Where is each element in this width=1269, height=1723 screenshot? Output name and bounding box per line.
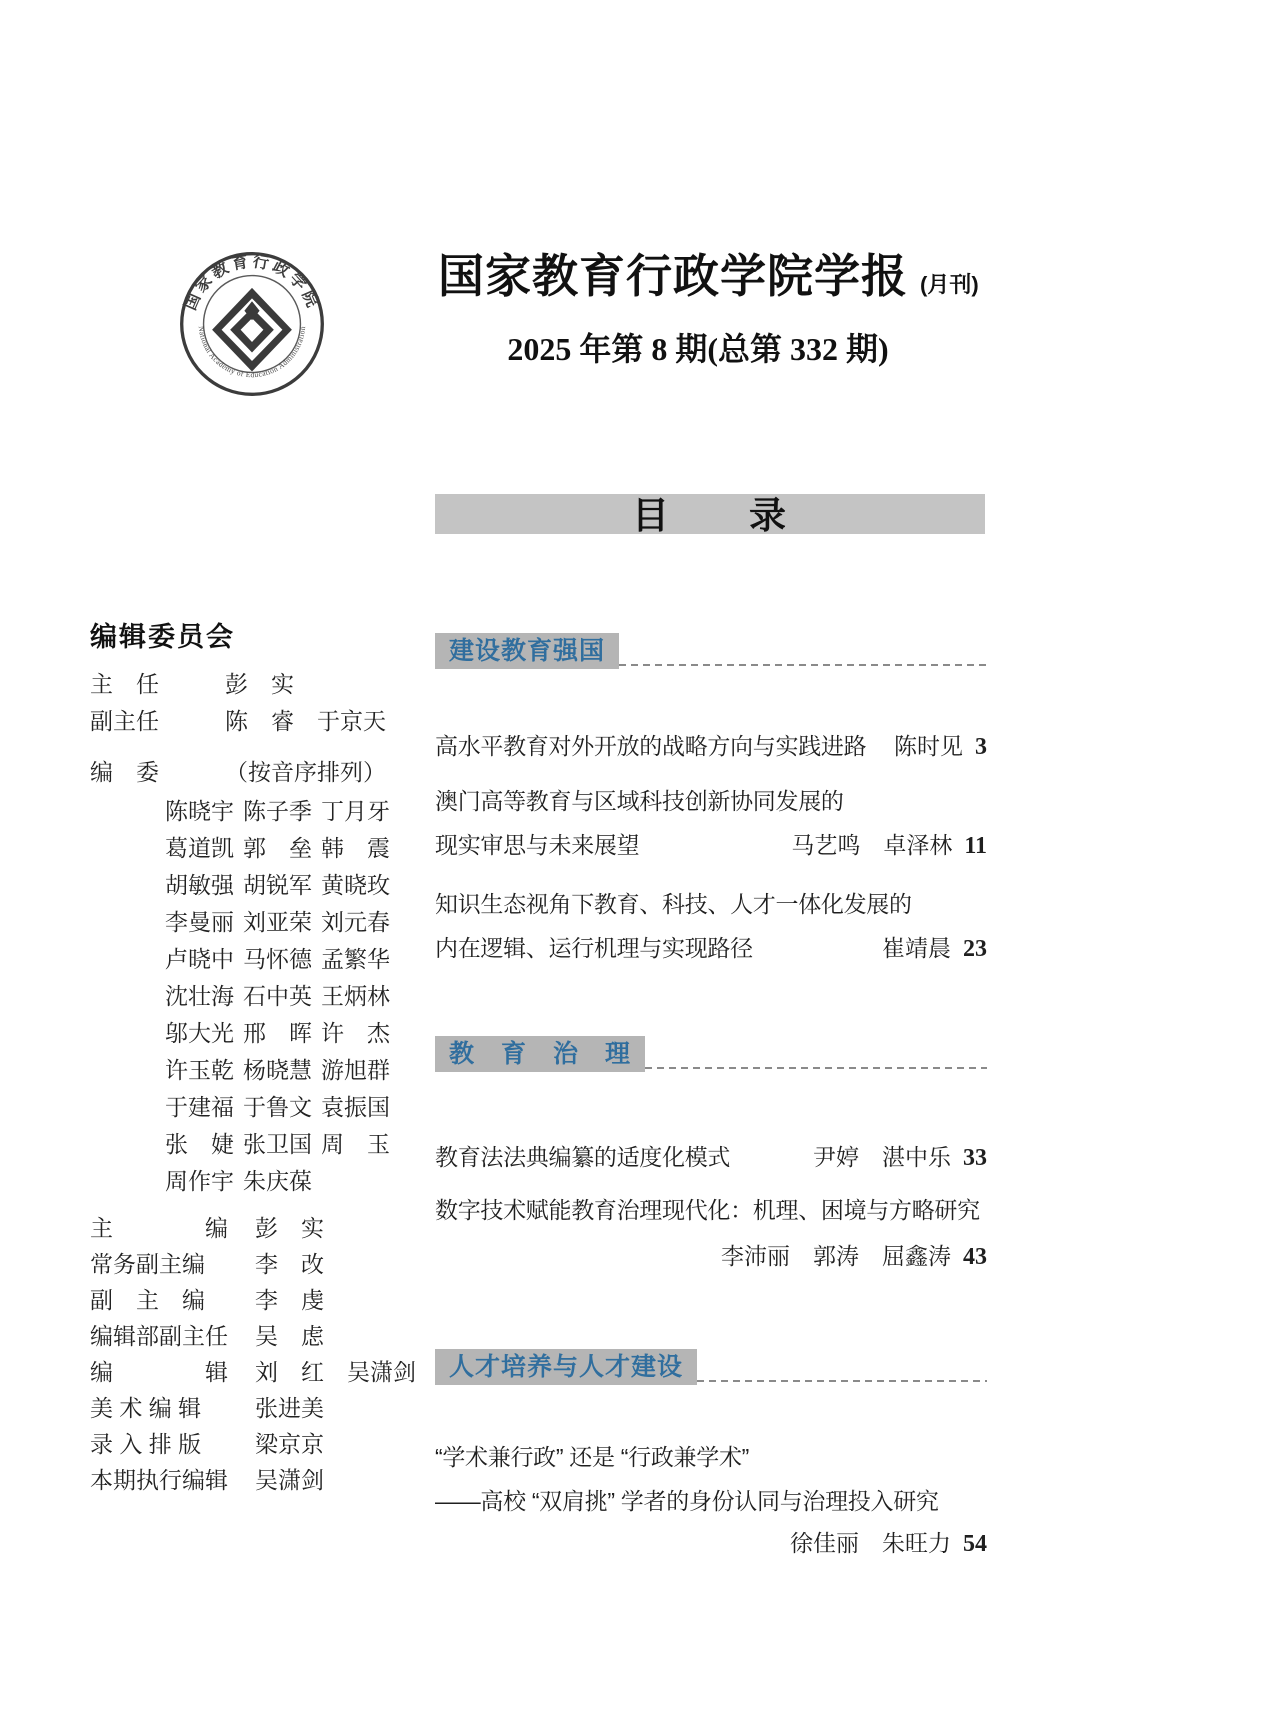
member-name: 朱庆葆 (243, 1163, 321, 1200)
staff-row-executive-deputy-editor: 常务副主编李 改 (90, 1246, 402, 1282)
board-role-names: 陈 睿 于京天 (225, 708, 386, 734)
article-page-number: 33 (963, 1145, 987, 1171)
staff-row-art-editor: 美 术 编 辑张进美 (90, 1390, 402, 1426)
section-header-education-governance: 教 育 治 理 (435, 1036, 987, 1072)
member-name: 陈晓宇 (165, 793, 243, 830)
member-name: 沈壮海 (165, 978, 243, 1015)
section-header-education-power: 建设教育强国 (435, 633, 987, 669)
editorial-board-heading: 编辑委员会 (90, 620, 402, 654)
toc-entry: “学术兼行政” 还是 “行政兼学术” (435, 1439, 987, 1475)
staff-role-names: 彭 实 (255, 1215, 324, 1241)
article-page-number: 3 (975, 734, 987, 760)
article-title: 教育法法典编纂的适度化模式 (435, 1139, 730, 1175)
member-name: 张 婕 (165, 1126, 243, 1163)
issue-line: 2025 年第 8 期(总第 332 期) (438, 324, 958, 370)
article-authors: 尹婷 湛中乐 (813, 1144, 951, 1170)
toc-title-bar: 目 录 (435, 494, 985, 534)
board-row-committee: 编 委（按音序排列） (90, 754, 402, 791)
journal-title: 国家教育行政学院学报 (438, 240, 908, 306)
staff-role-names: 吴 虑 (255, 1323, 324, 1349)
dashed-rule (697, 1380, 987, 1382)
toc-content: 建设教育强国 高水平教育对外开放的战略方向与实践进路 陈时见3 澳门高等教育与区… (435, 633, 987, 1562)
dashed-rule (645, 1067, 987, 1069)
article-authors-page: 马艺鸣 卓泽林11 (791, 827, 987, 864)
article-authors-page: 徐佳丽 朱旺力54 (790, 1525, 987, 1562)
member-name: 游旭群 (321, 1052, 399, 1089)
staff-role-label: 副 主 编 (90, 1282, 255, 1318)
member-name: 陈子季 (243, 793, 321, 830)
member-name: 黄晓玫 (321, 867, 399, 904)
member-name: 李曼丽 (165, 904, 243, 941)
journal-frequency: (月刊) (920, 268, 979, 299)
staff-role-names: 李 虔 (255, 1287, 324, 1313)
member-name: 刘元春 (321, 904, 399, 941)
member-name: 袁振国 (321, 1089, 399, 1126)
section-badge: 建设教育强国 (435, 633, 619, 669)
editorial-staff-list: 主 编彭 实 常务副主编李 改 副 主 编李 虔 编辑部副主任吴 虑 编 辑刘 … (90, 1210, 402, 1498)
article-authors-page: 尹婷 湛中乐33 (813, 1139, 987, 1176)
staff-row-typesetting: 录 入 排 版梁京京 (90, 1426, 402, 1462)
staff-row-editors: 编 辑刘 红 吴潇剑 (90, 1354, 402, 1390)
journal-title-row: 国家教育行政学院学报 (月刊) (438, 240, 988, 306)
board-role-label: 主 任 (90, 666, 225, 703)
section-badge: 教 育 治 理 (435, 1036, 645, 1072)
board-role-label: 编 委 (90, 754, 225, 791)
member-name (321, 1163, 399, 1200)
article-title: 现实审思与未来展望 (435, 827, 639, 863)
staff-row-deputy-editor: 副 主 编李 虔 (90, 1282, 402, 1318)
section-badge: 人才培养与人才建设 (435, 1349, 697, 1385)
member-name: 韩 震 (321, 830, 399, 867)
member-name: 马怀德 (243, 941, 321, 978)
staff-row-issue-executive-editor: 本期执行编辑吴潇剑 (90, 1462, 402, 1498)
article-page-number: 43 (963, 1244, 987, 1270)
member-name: 胡锐军 (243, 867, 321, 904)
toc-entry: 澳门高等教育与区域科技创新协同发展的 (435, 783, 987, 819)
staff-role-names: 吴潇剑 (255, 1467, 324, 1493)
editorial-board-panel: 编辑委员会 主 任彭 实 副主任陈 睿 于京天 编 委（按音序排列） 陈晓宇陈子… (90, 620, 402, 1498)
staff-role-label: 编辑部副主任 (90, 1318, 255, 1354)
article-authors: 马艺鸣 卓泽林 (791, 832, 952, 858)
member-name: 葛道凯 (165, 830, 243, 867)
section-header-talent-cultivation: 人才培养与人才建设 (435, 1349, 987, 1385)
member-name: 王炳林 (321, 978, 399, 1015)
member-name: 石中英 (243, 978, 321, 1015)
member-name: 许 杰 (321, 1015, 399, 1052)
article-title: ——高校 “双肩挑” 学者的身份认同与治理投入研究 (435, 1483, 939, 1519)
toc-entry: 高水平教育对外开放的战略方向与实践进路 陈时见3 (435, 728, 987, 765)
article-page-number: 54 (963, 1531, 987, 1557)
toc-entry: 数字技术赋能教育治理现代化：机理、困境与方略研究 (435, 1192, 987, 1228)
board-role-note: （按音序排列） (225, 759, 386, 785)
seal-diamond-mark (212, 288, 292, 372)
staff-role-label: 常务副主编 (90, 1246, 255, 1282)
board-row-director: 主 任彭 实 (90, 666, 402, 703)
member-name: 许玉乾 (165, 1052, 243, 1089)
staff-role-label: 主 编 (90, 1210, 255, 1246)
staff-role-label: 本期执行编辑 (90, 1462, 255, 1498)
staff-row-chief-editor: 主 编彭 实 (90, 1210, 402, 1246)
article-title: 内在逻辑、运行机理与实现路径 (435, 930, 753, 966)
member-name: 杨晓慧 (243, 1052, 321, 1089)
toc-entry: 现实审思与未来展望 马艺鸣 卓泽林11 (435, 827, 987, 864)
toc-entry: 李沛丽 郭涛 屈鑫涛43 (435, 1238, 987, 1275)
member-name: 邬大光 (165, 1015, 243, 1052)
toc-entry: 徐佳丽 朱旺力54 (435, 1525, 987, 1562)
board-role-names: 彭 实 (225, 671, 294, 697)
staff-role-names: 李 改 (255, 1251, 324, 1277)
article-authors: 李沛丽 郭涛 屈鑫涛 (721, 1243, 951, 1269)
staff-role-names: 梁京京 (255, 1431, 324, 1457)
article-title: 澳门高等教育与区域科技创新协同发展的 (435, 783, 844, 819)
article-title: 知识生态视角下教育、科技、人才一体化发展的 (435, 886, 912, 922)
toc-entry: 教育法法典编纂的适度化模式 尹婷 湛中乐33 (435, 1139, 987, 1176)
staff-row-dept-deputy-director: 编辑部副主任吴 虑 (90, 1318, 402, 1354)
article-authors-page: 陈时见3 (894, 728, 987, 765)
article-authors-page: 李沛丽 郭涛 屈鑫涛43 (721, 1238, 987, 1275)
article-title: 高水平教育对外开放的战略方向与实践进路 (435, 728, 866, 764)
member-name: 郭 垒 (243, 830, 321, 867)
staff-role-label: 美 术 编 辑 (90, 1390, 255, 1426)
member-name: 张卫国 (243, 1126, 321, 1163)
member-name: 于鲁文 (243, 1089, 321, 1126)
toc-entry: 知识生态视角下教育、科技、人才一体化发展的 (435, 886, 987, 922)
toc-entry: ——高校 “双肩挑” 学者的身份认同与治理投入研究 (435, 1483, 987, 1519)
staff-role-label: 录 入 排 版 (90, 1426, 255, 1462)
article-authors: 陈时见 (894, 733, 963, 759)
article-authors: 徐佳丽 朱旺力 (790, 1530, 951, 1556)
member-name: 周 玉 (321, 1126, 399, 1163)
journal-toc-page: 国家教育行政学院 National Academy of Education A… (0, 0, 1269, 1723)
toc-title: 目 录 (632, 495, 788, 536)
journal-seal: 国家教育行政学院 National Academy of Education A… (176, 248, 328, 400)
article-page-number: 11 (964, 833, 987, 859)
journal-header: 国家教育行政学院学报 (月刊) 2025 年第 8 期(总第 332 期) (438, 240, 988, 370)
article-authors: 崔靖晨 (882, 935, 951, 961)
member-name: 胡敏强 (165, 867, 243, 904)
board-role-label: 副主任 (90, 703, 225, 740)
article-authors-page: 崔靖晨23 (882, 930, 987, 967)
member-name: 刘亚荣 (243, 904, 321, 941)
board-row-deputy-director: 副主任陈 睿 于京天 (90, 703, 402, 740)
staff-role-label: 编 辑 (90, 1354, 255, 1390)
member-name: 丁月牙 (321, 793, 399, 830)
member-name: 于建福 (165, 1089, 243, 1126)
member-name: 卢晓中 (165, 941, 243, 978)
article-page-number: 23 (963, 936, 987, 962)
journal-logo: 国家教育行政学院 National Academy of Education A… (176, 248, 328, 400)
article-title: 数字技术赋能教育治理现代化：机理、困境与方略研究 (435, 1192, 980, 1228)
member-name: 邢 晖 (243, 1015, 321, 1052)
member-name: 孟繁华 (321, 941, 399, 978)
staff-role-names: 刘 红 吴潇剑 (255, 1359, 416, 1385)
committee-members-grid: 陈晓宇陈子季丁月牙 葛道凯郭 垒韩 震 胡敏强胡锐军黄晓玫 李曼丽刘亚荣刘元春 … (165, 793, 402, 1200)
toc-entry: 内在逻辑、运行机理与实现路径 崔靖晨23 (435, 930, 987, 967)
dashed-rule (619, 664, 987, 666)
article-title: “学术兼行政” 还是 “行政兼学术” (435, 1439, 749, 1475)
staff-role-names: 张进美 (255, 1395, 324, 1421)
member-name: 周作宇 (165, 1163, 243, 1200)
